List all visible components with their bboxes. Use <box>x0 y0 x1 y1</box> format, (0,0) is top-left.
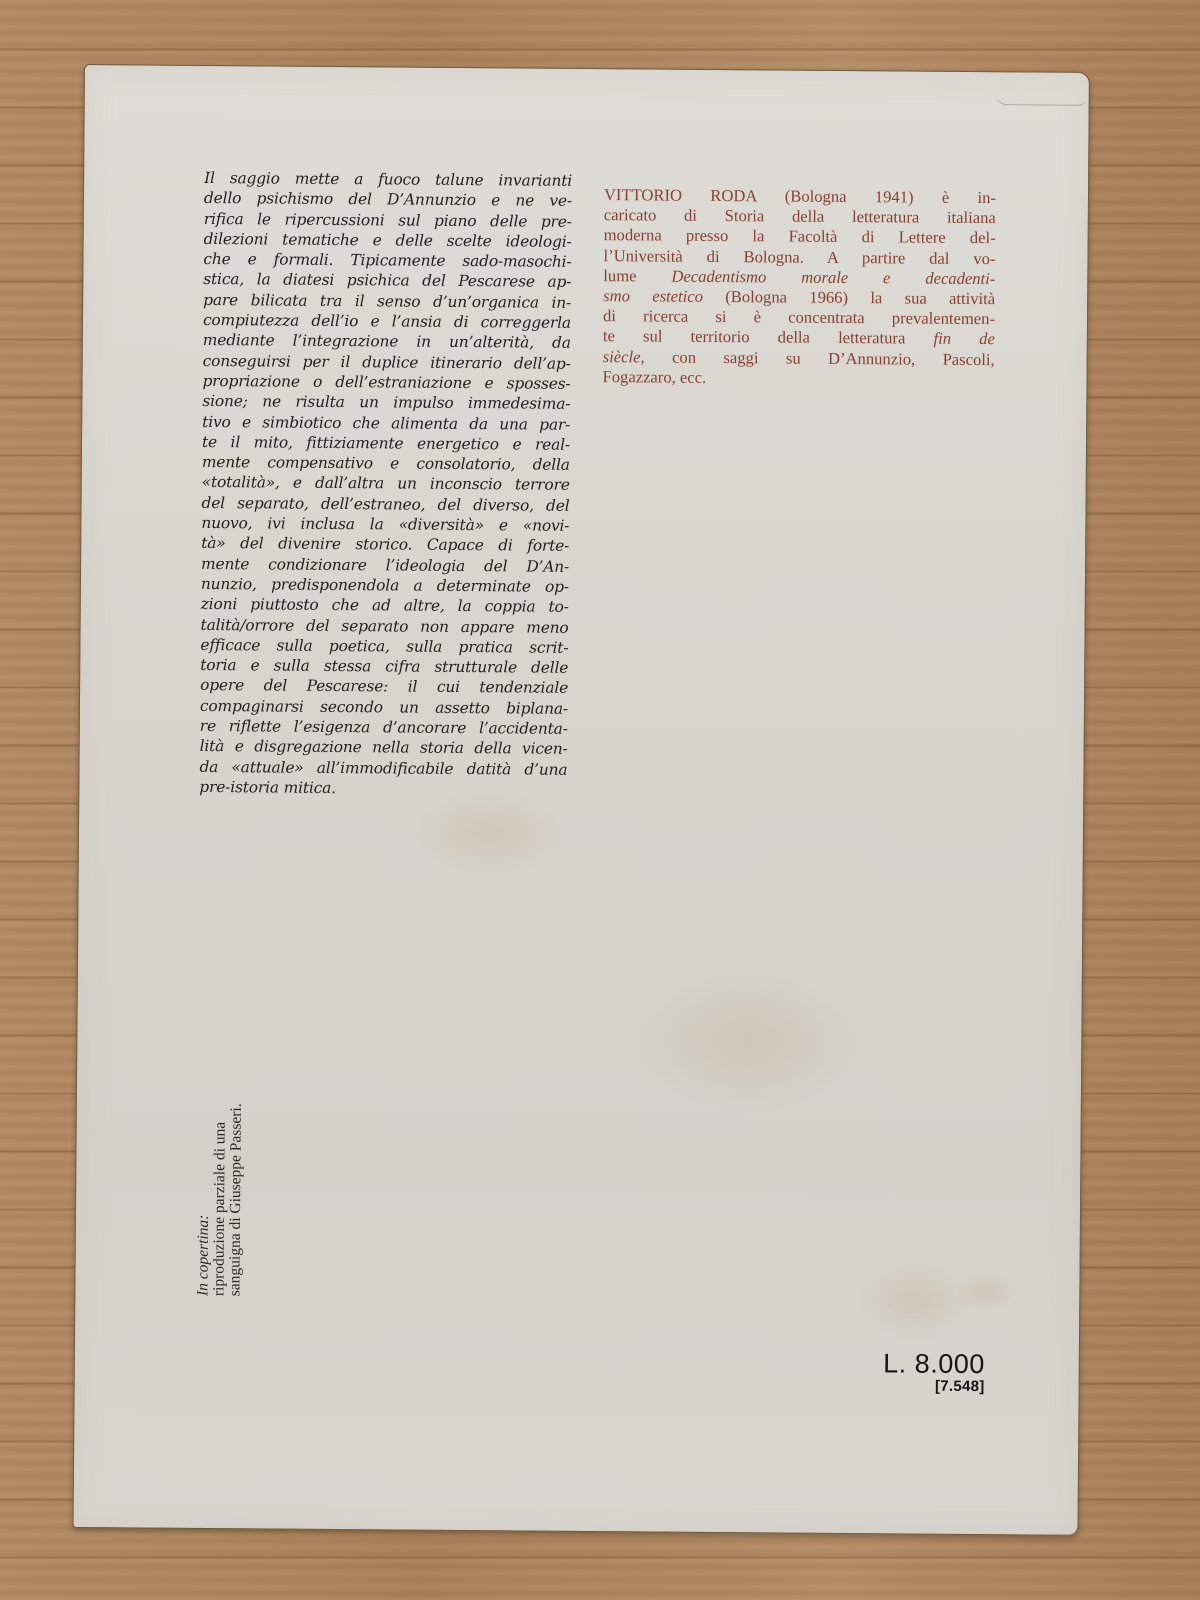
blurb-line: opere del Pescarese: il cui tendenziale <box>200 675 568 698</box>
blurb-line: mente condizionare l’ideologia del D’An- <box>201 554 569 577</box>
blurb-line: propriazione o dell’estraniazione e spos… <box>202 371 570 394</box>
book-back-cover: Il saggio mette a fuoco talune invariant… <box>73 64 1090 1536</box>
blurb-line: compiutezza dell’io e l’ansia di corregg… <box>203 310 571 333</box>
blurb-line: lità e disgregazione nella storia della … <box>200 736 568 759</box>
blurb-line: tivo e simbiotico che alimenta da una pa… <box>202 412 570 435</box>
paper-stain <box>955 1272 1015 1312</box>
credit-line: sanguigna di Giuseppe Passeri. <box>227 1103 245 1296</box>
blurb-line: mente compensativo e consolatorio, della <box>202 452 570 475</box>
blurb-line: Il saggio mette a fuoco talune invariant… <box>204 168 572 191</box>
blurb-line: pre-istoria mitica. <box>199 777 567 800</box>
blurb-line: compaginarsi secondo un assetto biplana- <box>200 696 568 719</box>
blurb-line: del separato, dell’estraneo, del diverso… <box>201 493 569 516</box>
blurb-line: toria e sulla stessa cifra strutturale d… <box>200 655 568 678</box>
blurb-line: che e formali. Tipicamente sado-masochi- <box>203 249 571 272</box>
blurb-line: te il mito, fittiziamente energetico e r… <box>202 432 570 455</box>
blurb-line: «totalità», e dall’altra un inconscio te… <box>202 472 570 495</box>
price-label: L. 8.000 <box>883 1349 985 1378</box>
bio-line: Fogazzaro, ecc. <box>602 367 994 390</box>
paper-stain <box>855 1261 976 1342</box>
blurb-line: mediante l’integrazione in un’alterità, … <box>203 330 571 353</box>
blurb-line: re riflette l’esigenza d’ancorare l’acci… <box>200 716 568 739</box>
blurb-line: stica, la diatesi psichica del Pescarese… <box>203 269 571 292</box>
blurb-line: dello psichismo del D’Annunzio e ne ve- <box>204 188 572 211</box>
blurb-line: sione; ne risulta un impulso immedesima- <box>202 391 570 414</box>
blurb-line: conseguirsi per il duplice itinerario de… <box>203 351 571 374</box>
blurb-line: nunzio, predisponendola a determinate op… <box>201 574 569 597</box>
blurb-line: tà» del divenire storico. Capace di fort… <box>201 533 569 556</box>
price-block: L. 8.000 [7.548] <box>883 1349 985 1395</box>
blurb-line: pare bilicata tra il senso d’un’organica… <box>203 290 571 313</box>
term-italic: siècle, <box>603 347 645 366</box>
paper-stain <box>637 969 858 1111</box>
credit-label: In copertina: <box>194 1215 212 1296</box>
book-title-italic: smo estetico <box>603 286 703 306</box>
cover-credit: In copertina: riproduzione parziale di u… <box>195 1103 245 1296</box>
blurb-line: rifica le ripercussioni sul piano delle … <box>204 209 572 232</box>
paper-stain <box>409 788 570 879</box>
cover-crease <box>995 92 1087 106</box>
blurb-line: talità/orrore del separato non appare me… <box>201 614 569 637</box>
price-code: [7.548] <box>883 1378 985 1395</box>
blurb-line: da «attuale» all’immodificabile datità d… <box>199 757 567 780</box>
book-title-italic: Decadentismo morale e decadenti- <box>671 266 995 288</box>
blurb-line: efficace sulla poetica, sulla pratica sc… <box>200 635 568 658</box>
term-italic: fin de <box>933 329 995 348</box>
book-blurb: Il saggio mette a fuoco talune invariant… <box>199 168 572 800</box>
blurb-line: zioni piuttosto che ad altre, la coppia … <box>201 594 569 617</box>
blurb-line: nuovo, ivi inclusa la «diversità» e «nov… <box>201 513 569 536</box>
blurb-line: dilezioni tematiche e delle scelte ideol… <box>204 229 572 252</box>
author-bio: VITTORIO RODA (Bologna 1941) è in- caric… <box>602 185 996 390</box>
